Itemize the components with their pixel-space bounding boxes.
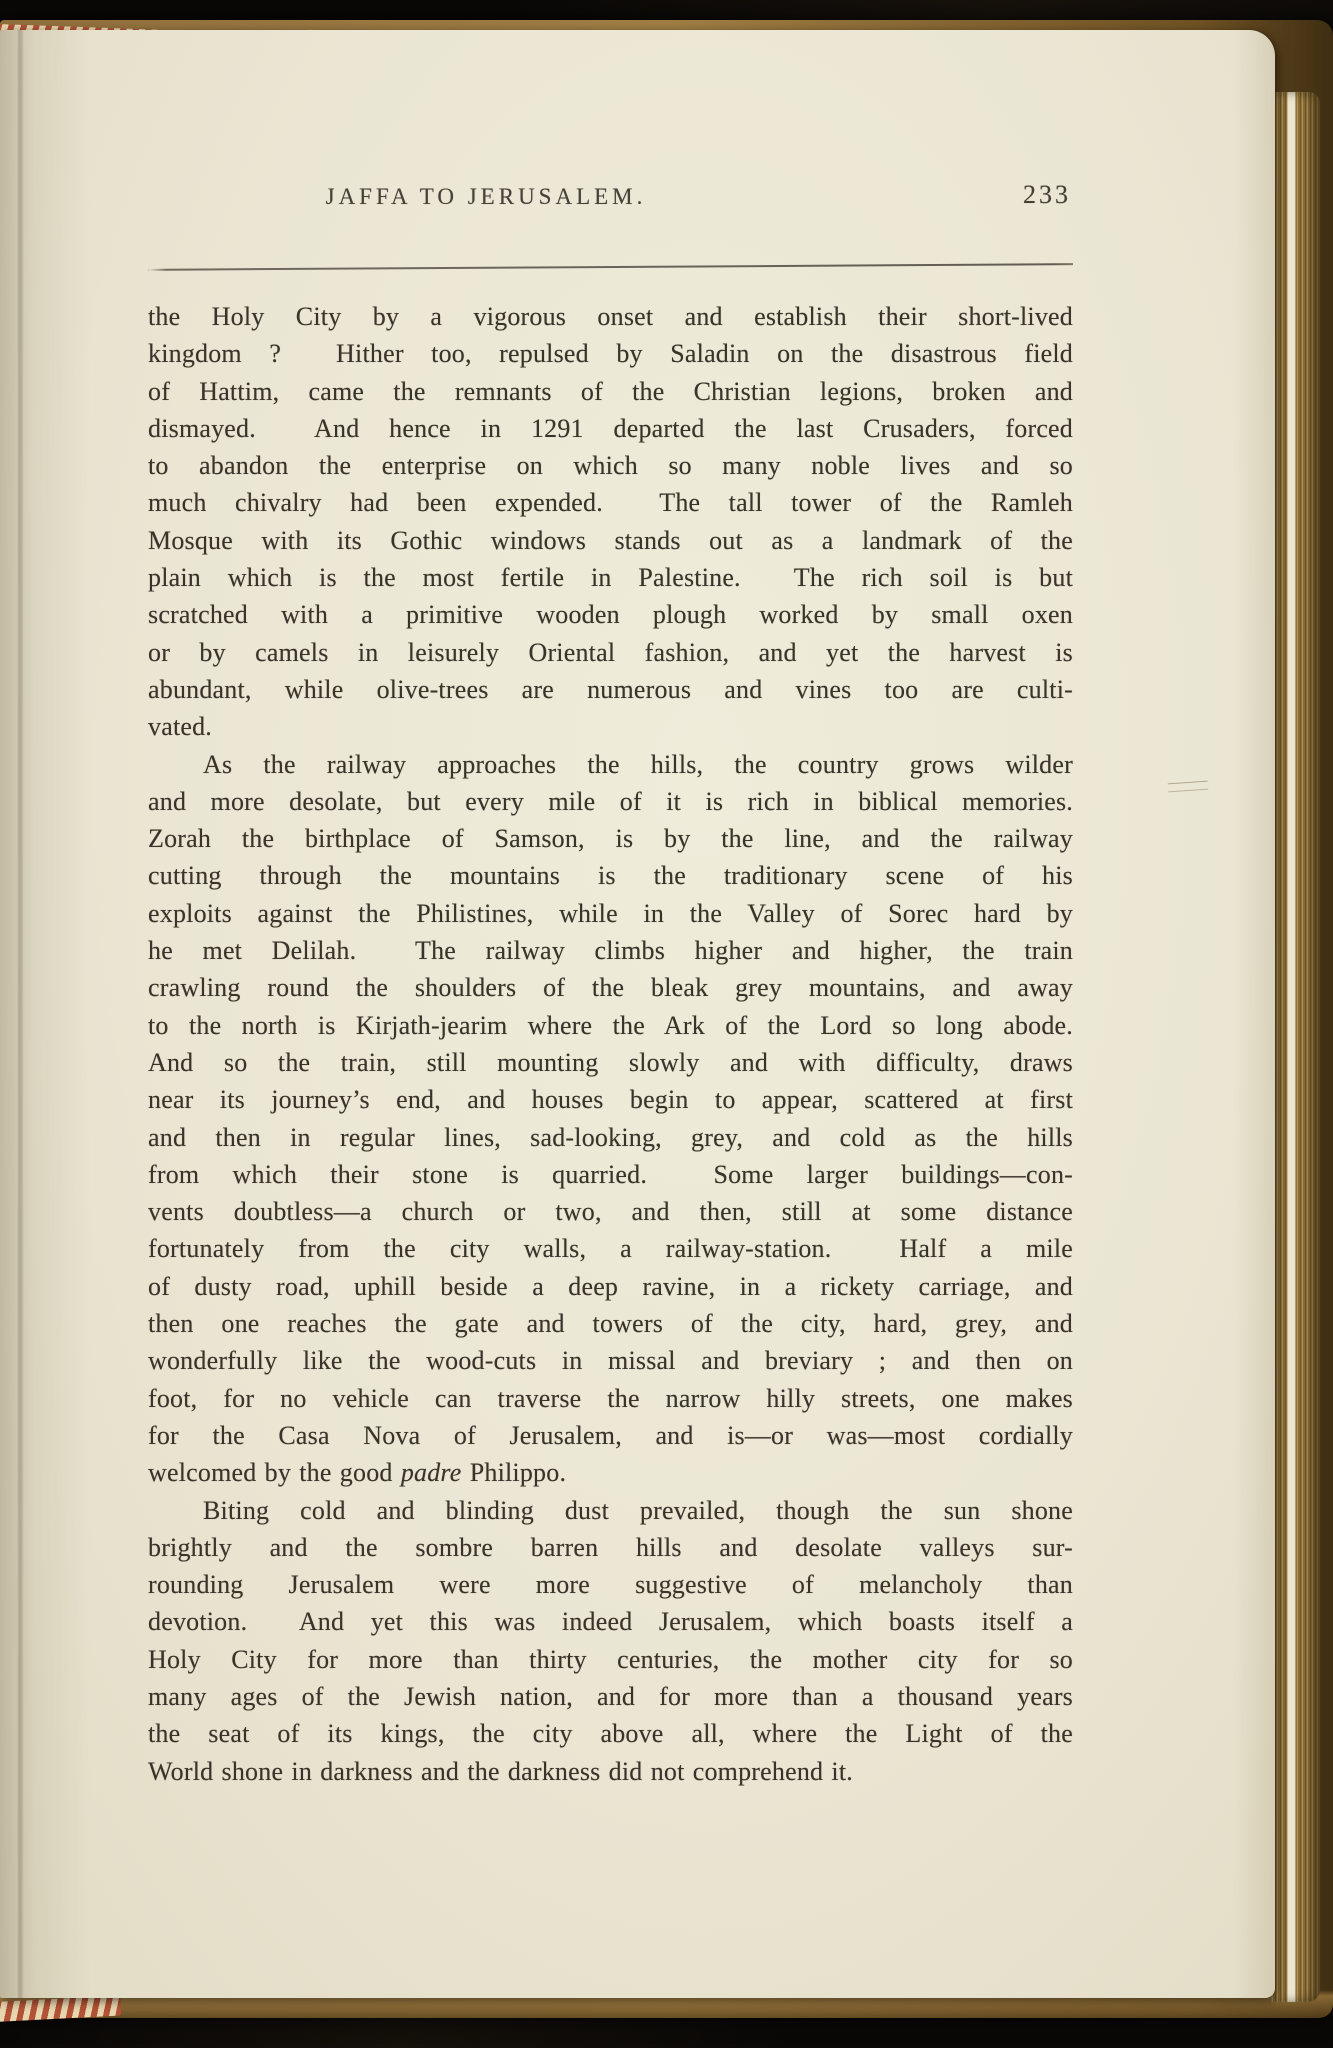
book-page: JAFFA TO JERUSALEM. 233 the Holy City by… [0, 30, 1275, 1998]
text-line: dismayed. And hence in 1291 departed the… [148, 410, 1073, 447]
text-line: plain which is the most fertile in Pales… [148, 559, 1073, 596]
text-line: welcomed by the good padre Philippo. [148, 1454, 1073, 1491]
text-line: many ages of the Jewish nation, and for … [148, 1678, 1073, 1715]
text-line: the seat of its kings, the city above al… [148, 1715, 1073, 1752]
text-line: Zorah the birthplace of Samson, is by th… [148, 820, 1073, 857]
book-scan-photo: JAFFA TO JERUSALEM. 233 the Holy City by… [0, 0, 1333, 2048]
text-line: foot, for no vehicle can traverse the na… [148, 1380, 1073, 1417]
text-line: of dusty road, uphill beside a deep ravi… [148, 1268, 1073, 1305]
header-rule [148, 263, 1073, 271]
text-line: much chivalry had been expended. The tal… [148, 484, 1073, 521]
text-block: the Holy City by a vigorous onset and es… [148, 298, 1073, 1790]
text-line: to abandon the enterprise on which so ma… [148, 447, 1073, 484]
text-line: Mosque with its Gothic windows stands ou… [148, 522, 1073, 559]
text-line: And so the train, still mounting slowly … [148, 1044, 1073, 1081]
text-line: he met Delilah. The railway climbs highe… [148, 932, 1073, 969]
text-line: fortunately from the city walls, a railw… [148, 1230, 1073, 1267]
text-line: crawling round the shoulders of the blea… [148, 969, 1073, 1006]
text-line: kingdom ? Hither too, repulsed by Saladi… [148, 335, 1073, 372]
text-line: near its journey’s end, and houses begin… [148, 1081, 1073, 1118]
text-line: wonderfully like the wood-cuts in missal… [148, 1342, 1073, 1379]
text-line: devotion. And yet this was indeed Jerusa… [148, 1603, 1073, 1640]
text-line: brightly and the sombre barren hills and… [148, 1529, 1073, 1566]
text-line: Biting cold and blinding dust prevailed,… [148, 1492, 1073, 1529]
book-fore-edge-pages [1270, 92, 1320, 2002]
text-line: vated. [148, 708, 1073, 745]
text-line: the Holy City by a vigorous onset and es… [148, 298, 1073, 335]
text-line: of Hattim, came the remnants of the Chri… [148, 373, 1073, 410]
text-line: for the Casa Nova of Jerusalem, and is—o… [148, 1417, 1073, 1454]
text-line: vents doubtless—a church or two, and the… [148, 1193, 1073, 1230]
gutter-shadow [0, 30, 95, 1998]
text-line: from which their stone is quarried. Some… [148, 1156, 1073, 1193]
page-title: JAFFA TO JERUSALEM. [326, 184, 647, 210]
text-line: or by camels in leisurely Oriental fashi… [148, 634, 1073, 671]
text-line: Holy City for more than thirty centuries… [148, 1641, 1073, 1678]
text-line: to the north is Kirjath-jearim where the… [148, 1007, 1073, 1044]
text-line: World shone in darkness and the darkness… [148, 1753, 1073, 1790]
text-line: cutting through the mountains is the tra… [148, 857, 1073, 894]
text-line: abundant, while olive-trees are numerous… [148, 671, 1073, 708]
text-line: then one reaches the gate and towers of … [148, 1305, 1073, 1342]
text-line: and more desolate, but every mile of it … [148, 783, 1073, 820]
running-head: JAFFA TO JERUSALEM. 233 [148, 180, 1073, 222]
text-line: scratched with a primitive wooden plough… [148, 596, 1073, 633]
text-line: exploits against the Philistines, while … [148, 895, 1073, 932]
text-line: rounding Jerusalem were more suggestive … [148, 1566, 1073, 1603]
text-line: As the railway approaches the hills, the… [148, 746, 1073, 783]
text-line: and then in regular lines, sad-looking, … [148, 1119, 1073, 1156]
page-blemish [1168, 781, 1209, 793]
page-number: 233 [1023, 180, 1071, 210]
